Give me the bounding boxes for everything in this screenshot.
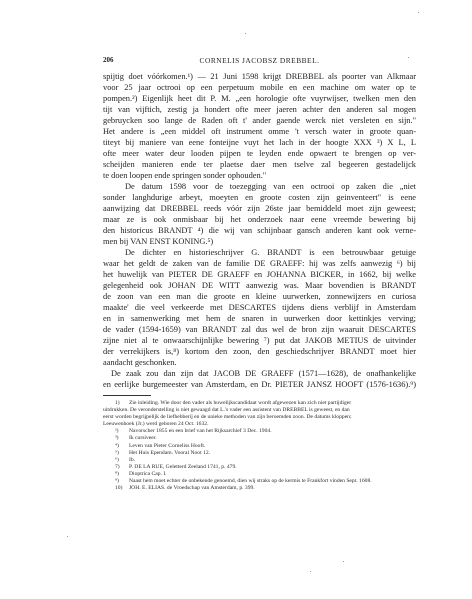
scan-speck xyxy=(245,33,246,34)
body-line: ofte meer water deur looden pijpen te le… xyxy=(103,148,416,159)
footnote: 7)P. DE LA RUE, Geletterd Zeeland 1741, … xyxy=(103,464,416,471)
body-line: scheijden manieren ende ter plaetse daer… xyxy=(103,159,416,170)
footnote: ³)Ik cursiveer. xyxy=(103,435,416,442)
running-title: CORNELIS JACOBSZ DREBBEL. xyxy=(103,56,416,65)
body-line: spijtig doet vóórkomen.¹) — 21 Juni 1598… xyxy=(103,71,416,82)
footnote: ⁴)Leven van Pieter Corneliss Hooft. xyxy=(103,443,416,450)
body-line: aandacht geschonken. xyxy=(103,357,416,368)
body-text: spijtig doet vóórkomen.¹) — 21 Juni 1598… xyxy=(103,71,416,390)
body-line: tijt van vijftich, zestig ja hondert oft… xyxy=(103,104,416,115)
scan-speck xyxy=(343,561,344,562)
body-line: voor 25 jaar octrooi op een perpetuum mo… xyxy=(103,82,416,93)
body-line: sonder langhdurige arbeyt, moeyten en gr… xyxy=(103,192,416,203)
footnote-divider xyxy=(103,395,151,396)
body-line: titeyt bij maniere van eene fonteijne vu… xyxy=(103,137,416,148)
body-line: Het andere is „een middel oft instrument… xyxy=(103,126,416,137)
scan-speck xyxy=(310,571,311,572)
body-line: en eerlijke burgemeester van Amsterdam, … xyxy=(103,379,416,390)
paragraph-start: De zaak zou dan zijn dat JACOB DE GRAEFF… xyxy=(103,368,416,379)
body-line: aanwijzing dat DREBBEL reeds vóór zijn 2… xyxy=(103,203,416,214)
book-page: 206 CORNELIS JACOBSZ DREBBEL. spijtig do… xyxy=(103,56,416,492)
body-line: en in samenwerking met hem de snaren in … xyxy=(103,313,416,324)
body-line: gelegenheid ook JOHAN DE WITT aanwezig w… xyxy=(103,280,416,291)
body-line: maar ze is ook onmisbaar bij het onderzo… xyxy=(103,214,416,225)
body-line: waar het geldt de zaken van de familie D… xyxy=(103,258,416,269)
body-line: maakte' die veel verkeerde met DESCARTES… xyxy=(103,302,416,313)
running-head: 206 CORNELIS JACOBSZ DREBBEL. xyxy=(103,56,416,68)
body-line: het huwelijk van PIETER DE GRAEFF en JOH… xyxy=(103,269,416,280)
body-line: der verrekijkers is,⁸) kortom den zoon, … xyxy=(103,346,416,357)
body-line: men bij VAN ENST KONING.⁵) xyxy=(103,236,416,247)
paragraph-start: De datum 1598 voor de toezegging van een… xyxy=(103,181,416,192)
body-line: zijne niet al te onwaarschijnlijke bewer… xyxy=(103,335,416,346)
body-line: den historicus BRANDT ⁴) die wij van sch… xyxy=(103,225,416,236)
scan-speck xyxy=(418,12,419,13)
body-line: de zoon van een man die groote en kleine… xyxy=(103,291,416,302)
body-line: pompen.²) Eigenlijk heet dit P. M. „een … xyxy=(103,93,416,104)
paragraph-start: De dichter en historieschrijver G. BRAND… xyxy=(103,247,416,258)
scan-speck xyxy=(67,536,68,537)
footnote: ⁵)Het Huis Ependam. Vooral Noot 12. xyxy=(103,450,416,457)
footnote: 1)Zie inleiding. Wie door den vader als … xyxy=(103,400,416,407)
footnote: 10)JOH. E. ELIAS. de Vroedschap van Amst… xyxy=(103,485,416,492)
footnotes: 1)Zie inleiding. Wie door den vader als … xyxy=(103,400,416,492)
body-line: te doen loopen ende springen sonder opho… xyxy=(103,170,416,181)
scan-speck xyxy=(408,57,409,58)
body-line: de vader (1594-1659) van BRANDT zal dus … xyxy=(103,324,416,335)
footnote: ⁶)Ib. xyxy=(103,457,416,464)
footnote: ⁸)Dioptrica Cap. I. xyxy=(103,471,416,478)
body-line: gebruycken soo lange de Raden oft t' and… xyxy=(103,115,416,126)
